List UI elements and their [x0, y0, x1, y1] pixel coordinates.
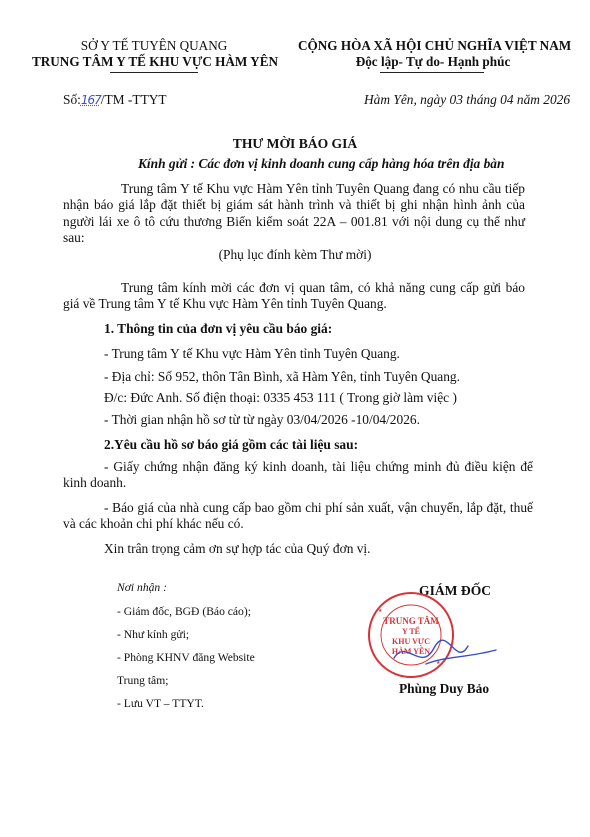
section-1-line: - Trung tâm Y tế Khu vực Hàm Yên tỉnh Tu…	[104, 346, 400, 362]
place-date: Hàm Yên, ngày 03 tháng 04 năm 2026	[364, 92, 570, 108]
svg-text:★: ★	[378, 608, 383, 614]
section-1-line: - Địa chỉ: Số 952, thôn Tân Bình, xã Hàm…	[104, 369, 460, 385]
appendix-note: (Phụ lục đính kèm Thư mời)	[0, 247, 590, 263]
handwritten-signature	[386, 628, 506, 688]
letter-title: THƯ MỜI BÁO GIÁ	[0, 136, 590, 152]
signer-name: Phùng Duy Bảo	[399, 681, 489, 697]
agency-parent: SỞ Y TẾ TUYÊN QUANG	[58, 38, 250, 54]
recipient-item: - Phòng KHNV đăng Website	[117, 651, 255, 664]
agency-underline	[110, 72, 198, 73]
addressee: Kính gửi : Các đơn vị kinh doanh cung cấ…	[138, 156, 504, 172]
closing-line: Xin trân trọng cảm ơn sự hợp tác của Quý…	[104, 541, 371, 557]
recipient-item: Trung tâm;	[117, 674, 168, 687]
doc-number-suffix: /TM -TTYT	[101, 92, 167, 107]
recipient-item: - Lưu VT – TTYT.	[117, 697, 204, 710]
section-1-line: - Thời gian nhận hồ sơ từ từ ngày 03/04/…	[104, 412, 420, 428]
national-motto: Độc lập- Tự do- Hạnh phúc	[298, 54, 568, 70]
intro-paragraph: Trung tâm Y tế Khu vực Hàm Yên tỉnh Tuyê…	[63, 181, 525, 247]
svg-text:TRUNG TÂM: TRUNG TÂM	[383, 616, 439, 626]
requirement-item: - Báo giá của nhà cung cấp bao gồm chi p…	[63, 500, 533, 533]
recipient-item: - Giám đốc, BGĐ (Báo cáo);	[117, 605, 251, 618]
recipients-title: Nơi nhận :	[117, 581, 167, 594]
invitation-paragraph: Trung tâm kính mời các đơn vị quan tâm, …	[63, 280, 525, 313]
agency-name: TRUNG TÂM Y TẾ KHU VỰC HÀM YÊN	[24, 54, 286, 70]
nation-title: CỘNG HÒA XÃ HỘI CHỦ NGHĨA VIỆT NAM	[298, 38, 568, 54]
doc-number-prefix: Số:	[63, 92, 81, 107]
document-number: Số:167/TM -TTYT	[63, 92, 167, 108]
doc-number-handwritten: 167	[81, 93, 101, 107]
section-2-heading: 2.Yêu cầu hồ sơ báo giá gồm các tài liệu…	[104, 437, 358, 453]
section-1-heading: 1. Thông tin của đơn vị yêu cầu báo giá:	[104, 321, 332, 337]
requirement-item: - Giấy chứng nhận đăng ký kinh doanh, tà…	[63, 459, 533, 492]
motto-underline	[380, 72, 484, 73]
recipient-item: - Như kính gửi;	[117, 628, 189, 641]
contact-line: Đ/c: Đức Anh. Số điện thoại: 0335 453 11…	[104, 390, 457, 406]
